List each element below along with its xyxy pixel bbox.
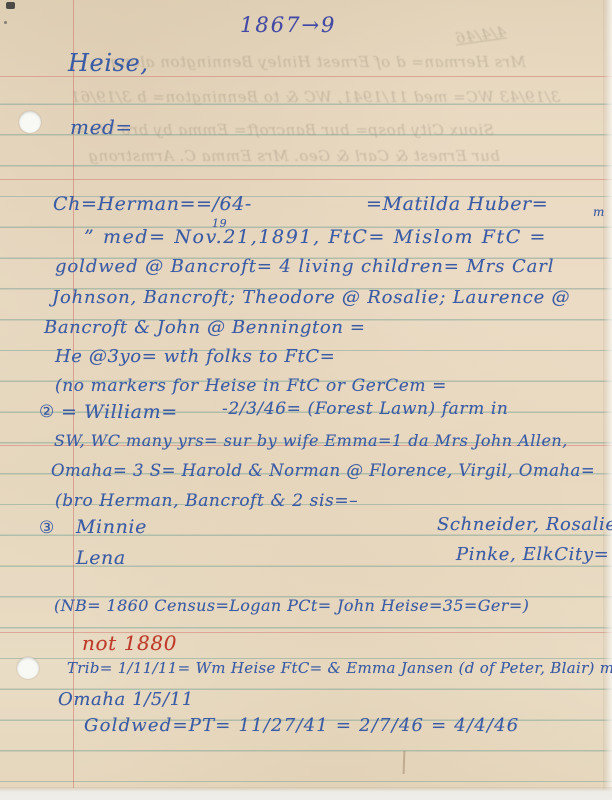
note-line-sons: Omaha= 3 S= Harold & Norman @ Florence, …: [51, 462, 595, 480]
note-line-minnie: Minnie: [76, 517, 147, 538]
note-line-children-1: Johnson, Bancroft; Theodore @ Rosalie; L…: [52, 288, 570, 308]
note-line-goldwed-dates: Goldwed=PT= 11/27/41 = 2/7/46 = 4/4/46: [84, 716, 519, 736]
paper-crease-mark: [403, 751, 406, 774]
note-line-herman-name: Ch=Herman=: [53, 194, 196, 215]
note-line-william-death: -2/3/46= (Forest Lawn) farm in: [222, 400, 508, 419]
note-line-survivors: SW, WC many yrs= sur by wife Emma=1 da M…: [54, 432, 568, 450]
note-line-siblings: (bro Herman, Bancroft & 2 sis=–: [55, 492, 358, 511]
scanned-notebook-page: 4/4/46 Mrs Herman= d of Ernest Hinley Be…: [0, 0, 612, 800]
margin-mark: m: [593, 206, 605, 219]
note-line-lena: Lena: [76, 548, 126, 569]
red-annotation-not-1880: not 1880: [82, 632, 177, 654]
note-line-age3: He @3yo= wth folks to FtC=: [55, 347, 335, 367]
hole-punch-top: [19, 111, 41, 133]
med-label: med=: [70, 116, 133, 138]
circled-number-3: ③: [39, 519, 55, 538]
red-rule-top-2: [0, 179, 612, 180]
paper-right-edge: [603, 0, 612, 800]
note-line-children-2: Bancroft & John @ Bennington =: [44, 318, 366, 338]
year-heading: 1867→9: [240, 14, 336, 37]
ghost-text: 3/19/43 WC= med 11/1941, WC & to Benning…: [70, 88, 560, 106]
note-line-no-markers: (no markers for Heise in FtC or GerCem =: [55, 377, 447, 396]
ghost-text: 4/4/46: [454, 23, 507, 48]
note-line-william-name: = William=: [61, 402, 178, 423]
ghost-text: Sioux City hosp= bur Bancroft= Emma by b…: [72, 121, 494, 139]
scan-speck: [6, 2, 15, 9]
hole-punch-bottom: [17, 657, 39, 679]
note-line-census: (NB= 1860 Census=Logan PCt= John Heise=3…: [54, 597, 529, 615]
note-line-pinke: Pinke, ElkCity=: [456, 545, 609, 565]
ghost-text: Mrs Herman= d of Ernest Hinley Benningto…: [110, 53, 526, 71]
note-line-herman-date: =/64-: [196, 194, 252, 215]
surname-heading: Heise,: [68, 50, 149, 76]
ghost-text: bur Ernest & Carl & Geo. Mrs Emma C. Arm…: [88, 147, 500, 165]
paper-bottom-edge: [0, 787, 612, 800]
note-line-schneider: Schneider, Rosalie: [437, 515, 612, 535]
note-line-goldwed: goldwed @ Bancroft= 4 living children= M…: [55, 257, 554, 277]
note-line-tribune: Trib= 1/11/11= Wm Heise FtC= & Emma Jans…: [67, 660, 612, 677]
note-line-marriage: ” med= Nov.21,1891, FtC= Mislom FtC =: [84, 227, 547, 248]
note-line-herman-spouse: =Matilda Huber=: [366, 194, 548, 215]
scan-speck: [4, 21, 7, 24]
note-line-omaha-date: Omaha 1/5/11: [58, 690, 194, 710]
circled-number-2: ②: [39, 403, 55, 422]
